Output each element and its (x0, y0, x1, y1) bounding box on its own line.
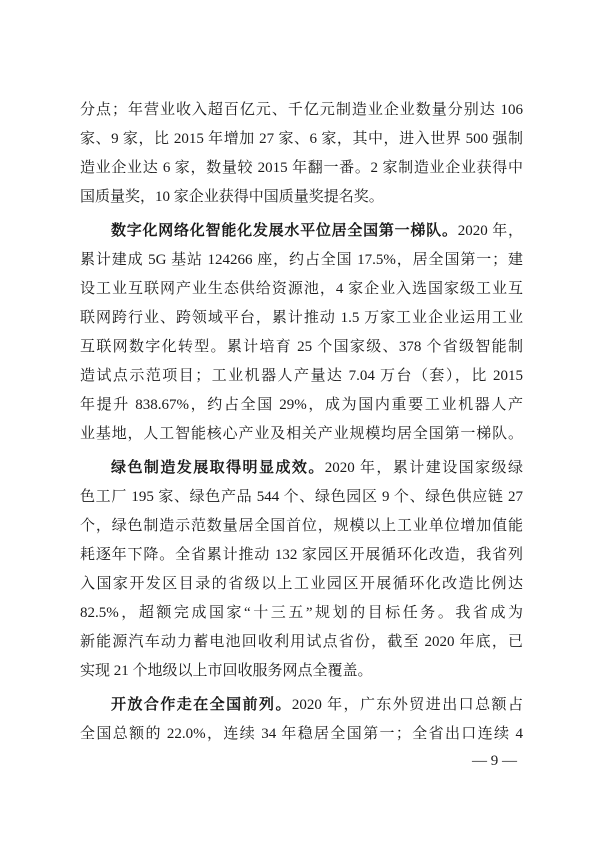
text-line: 全国总额的 22.0%，连续 34 年稳居全国第一；全省出口连续 4 (80, 720, 523, 749)
paragraph: 绿色制造发展取得明显成效。2020 年，累计建设国家级绿色工厂 195 家、绿色… (80, 454, 523, 686)
text-line: 设工业互联网产业生态供给资源池，4 家企业入选国家级工业互 (80, 275, 523, 304)
text-block: 分点；年营业收入超百亿元、千亿元制造业企业数量分别达 106家、9 家，比 20… (80, 96, 523, 749)
text-line: 入国家开发区目录的省级以上工业园区开展循环化改造比例达 (80, 570, 523, 599)
text-line: 互联网数字化转型。累计培育 25 个国家级、378 个省级智能制 (80, 333, 523, 362)
text-line: 实现 21 个地级以上市回收服务网点全覆盖。 (80, 657, 523, 686)
text-line: 开放合作走在全国前列。2020 年，广东外贸进出口总额占 (80, 691, 523, 720)
text-line: 家、9 家，比 2015 年增加 27 家、6 家，其中，进入世界 500 强制 (80, 125, 523, 154)
text-line: 国质量奖，10 家企业获得中国质量奖提名奖。 (80, 183, 523, 212)
text-line: 业基地，人工智能核心产业及相关产业规模均居全国第一梯队。 (80, 420, 523, 449)
page-number: — 9 — (472, 751, 517, 771)
text-line: 数字化网络化智能化发展水平位居全国第一梯队。2020 年， (80, 217, 523, 246)
paragraph: 数字化网络化智能化发展水平位居全国第一梯队。2020 年，累计建成 5G 基站 … (80, 217, 523, 449)
document-page: 分点；年营业收入超百亿元、千亿元制造业企业数量分别达 106家、9 家，比 20… (0, 0, 600, 848)
text-line: 分点；年营业收入超百亿元、千亿元制造业企业数量分别达 106 (80, 96, 523, 125)
paragraph: 分点；年营业收入超百亿元、千亿元制造业企业数量分别达 106家、9 家，比 20… (80, 96, 523, 212)
text-line: 82.5%，超额完成国家“十三五”规划的目标任务。我省成为 (80, 599, 523, 628)
text-line: 联网跨行业、跨领域平台，累计推动 1.5 万家工业企业运用工业 (80, 304, 523, 333)
text-line: 造业企业达 6 家，数量较 2015 年翻一番。2 家制造业企业获得中 (80, 154, 523, 183)
text-line: 造试点示范项目；工业机器人产量达 7.04 万台（套），比 2015 (80, 362, 523, 391)
paragraph-lead-bold: 绿色制造发展取得明显成效。 (111, 460, 325, 476)
paragraph: 开放合作走在全国前列。2020 年，广东外贸进出口总额占全国总额的 22.0%，… (80, 691, 523, 749)
text-line: 个，绿色制造示范数量居全国首位，规模以上工业单位增加值能 (80, 512, 523, 541)
text-line: 绿色制造发展取得明显成效。2020 年，累计建设国家级绿 (80, 454, 523, 483)
text-line: 年提升 838.67%，约占全国 29%，成为国内重要工业机器人产 (80, 391, 523, 420)
text-line: 色工厂 195 家、绿色产品 544 个、绿色园区 9 个、绿色供应链 27 (80, 483, 523, 512)
text-line: 累计建成 5G 基站 124266 座，约占全国 17.5%，居全国第一；建 (80, 246, 523, 275)
paragraph-lead-bold: 数字化网络化智能化发展水平位居全国第一梯队。 (111, 223, 458, 239)
text-line: 新能源汽车动力蓄电池回收利用试点省份，截至 2020 年底，已 (80, 628, 523, 657)
text-line: 耗逐年下降。全省累计推动 132 家园区开展循环化改造，我省列 (80, 541, 523, 570)
paragraph-lead-bold: 开放合作走在全国前列。 (111, 697, 292, 713)
